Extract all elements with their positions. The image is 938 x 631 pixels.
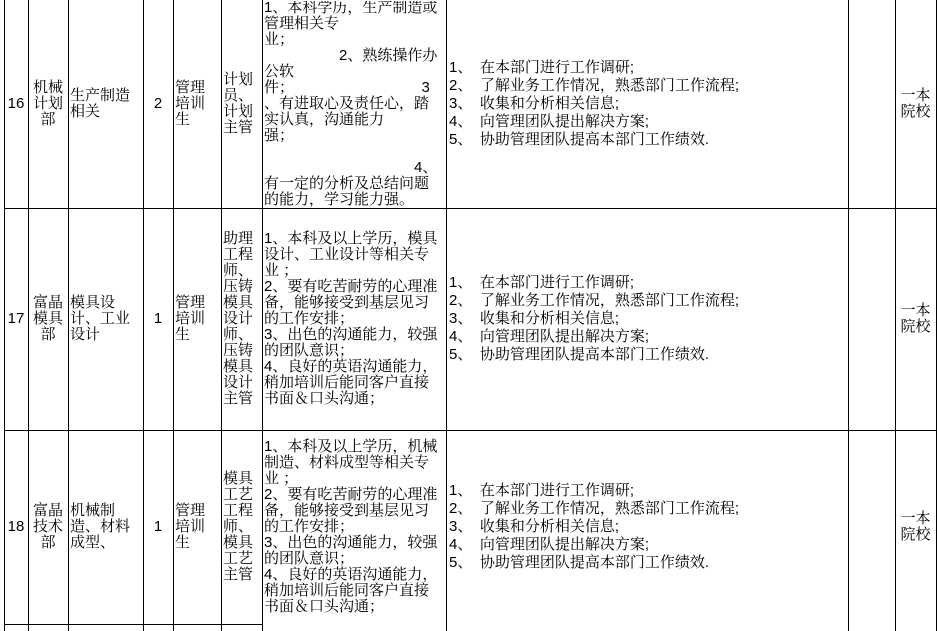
cell-position: 模具工艺工程师、模具工艺主管: [223, 431, 260, 623]
cell-headcount: 2: [145, 1, 171, 207]
grid-line-vertical: [28, 0, 29, 631]
major-text: 模具设计、工业设计: [70, 295, 141, 343]
cell-row-no: 18: [6, 431, 26, 623]
cell-major: 模具设计、工业设计: [70, 209, 141, 429]
grid-line-vertical: [173, 0, 174, 631]
cell-duties: 1、 在本部门进行工作调研; 2、 了解业务工作情况，熟悉部门工作流程; 3、 …: [449, 431, 845, 623]
school-text: 一本院校: [897, 88, 934, 120]
cell-duties: 1、 在本部门进行工作调研; 2、 了解业务工作情况，熟悉部门工作流程; 3、 …: [449, 1, 845, 207]
major-text: 机械制造、材料成型、: [70, 503, 141, 551]
grid-line-vertical: [68, 0, 69, 631]
category-text: 管理培训生: [175, 80, 219, 128]
school-text: 一本院校: [897, 511, 934, 543]
headcount-text: 2: [145, 96, 171, 112]
cell-category: 管理培训生: [175, 431, 219, 623]
cell-notes: [850, 431, 893, 623]
grid-line-vertical: [446, 0, 447, 631]
cell-requirements: 1、本科及以上学历，机械 制造、材料成型等相关专 业 ； 2、要有吃苦耐劳的心理…: [264, 431, 445, 623]
cell-duties: 1、 在本部门进行工作调研; 2、 了解业务工作情况，熟悉部门工作流程; 3、 …: [449, 209, 845, 429]
cell-headcount: 1: [145, 209, 171, 429]
cell-headcount: 1: [145, 431, 171, 623]
grid-line-vertical: [262, 0, 263, 631]
position-text: 模具工艺工程师、模具工艺主管: [223, 471, 260, 583]
cell-school: 一本院校: [897, 431, 934, 623]
row-no-text: 16: [6, 96, 26, 112]
row-no-text: 17: [6, 311, 26, 327]
grid-line-horizontal-partial: [4, 624, 263, 625]
cell-requirements: 1、本科及以上学历，模具 设计、工业设计等相关专 业 ； 2、要有吃苦耐劳的心理…: [264, 209, 445, 429]
cell-department: 富晶技术部: [30, 431, 66, 623]
category-text: 管理培训生: [175, 295, 219, 343]
cell-department: 机械计划部: [30, 1, 66, 207]
duties-text: 1、 在本部门进行工作调研; 2、 了解业务工作情况，熟悉部门工作流程; 3、 …: [449, 59, 845, 149]
recruitment-table-screenshot: 16 机械计划部 生产制造相关 2 管理培训生 计划员、计划主管 1、本科学历，…: [0, 0, 938, 631]
grid-line-vertical: [895, 0, 896, 631]
department-text: 富晶模具部: [30, 295, 66, 343]
requirements-text: 1、本科及以上学历，模具 设计、工业设计等相关专 业 ； 2、要有吃苦耐劳的心理…: [264, 231, 445, 407]
cell-category: 管理培训生: [175, 1, 219, 207]
requirements-text: 1、本科及以上学历，机械 制造、材料成型等相关专 业 ； 2、要有吃苦耐劳的心理…: [264, 439, 445, 615]
school-text: 一本院校: [897, 303, 934, 335]
grid-line-vertical: [221, 0, 222, 631]
cell-position: 助理工程师、压铸模具设计师、压铸模具设计主管: [223, 209, 260, 429]
cell-school: 一本院校: [897, 1, 934, 207]
position-text: 计划员、计划主管: [223, 72, 260, 136]
grid-line-vertical: [848, 0, 849, 631]
cell-major: 机械制造、材料成型、: [70, 431, 141, 623]
major-text: 生产制造相关: [70, 88, 141, 120]
requirements-text: 1、本科学历，生产制造或 管理相关专 业； 2、熟练操作办 公软 件； 3 、有…: [264, 1, 445, 207]
cell-requirements: 1、本科学历，生产制造或 管理相关专 业； 2、熟练操作办 公软 件； 3 、有…: [264, 1, 445, 207]
cell-position: 计划员、计划主管: [223, 1, 260, 207]
grid-line-vertical: [4, 0, 5, 631]
grid-line-vertical: [143, 0, 144, 631]
department-text: 富晶技术部: [30, 503, 66, 551]
grid-line-vertical: [936, 0, 937, 631]
duties-text: 1、 在本部门进行工作调研; 2、 了解业务工作情况，熟悉部门工作流程; 3、 …: [449, 482, 845, 572]
cell-category: 管理培训生: [175, 209, 219, 429]
department-text: 机械计划部: [30, 80, 66, 128]
position-text: 助理工程师、压铸模具设计师、压铸模具设计主管: [223, 231, 260, 407]
cell-row-no: 17: [6, 209, 26, 429]
cell-school: 一本院校: [897, 209, 934, 429]
row-no-text: 18: [6, 519, 26, 535]
headcount-text: 1: [145, 311, 171, 327]
cell-major: 生产制造相关: [70, 1, 141, 207]
category-text: 管理培训生: [175, 503, 219, 551]
duties-text: 1、 在本部门进行工作调研; 2、 了解业务工作情况，熟悉部门工作流程; 3、 …: [449, 274, 845, 364]
cell-row-no: 16: [6, 1, 26, 207]
headcount-text: 1: [145, 519, 171, 535]
cell-notes: [850, 1, 893, 207]
cell-department: 富晶模具部: [30, 209, 66, 429]
cell-notes: [850, 209, 893, 429]
